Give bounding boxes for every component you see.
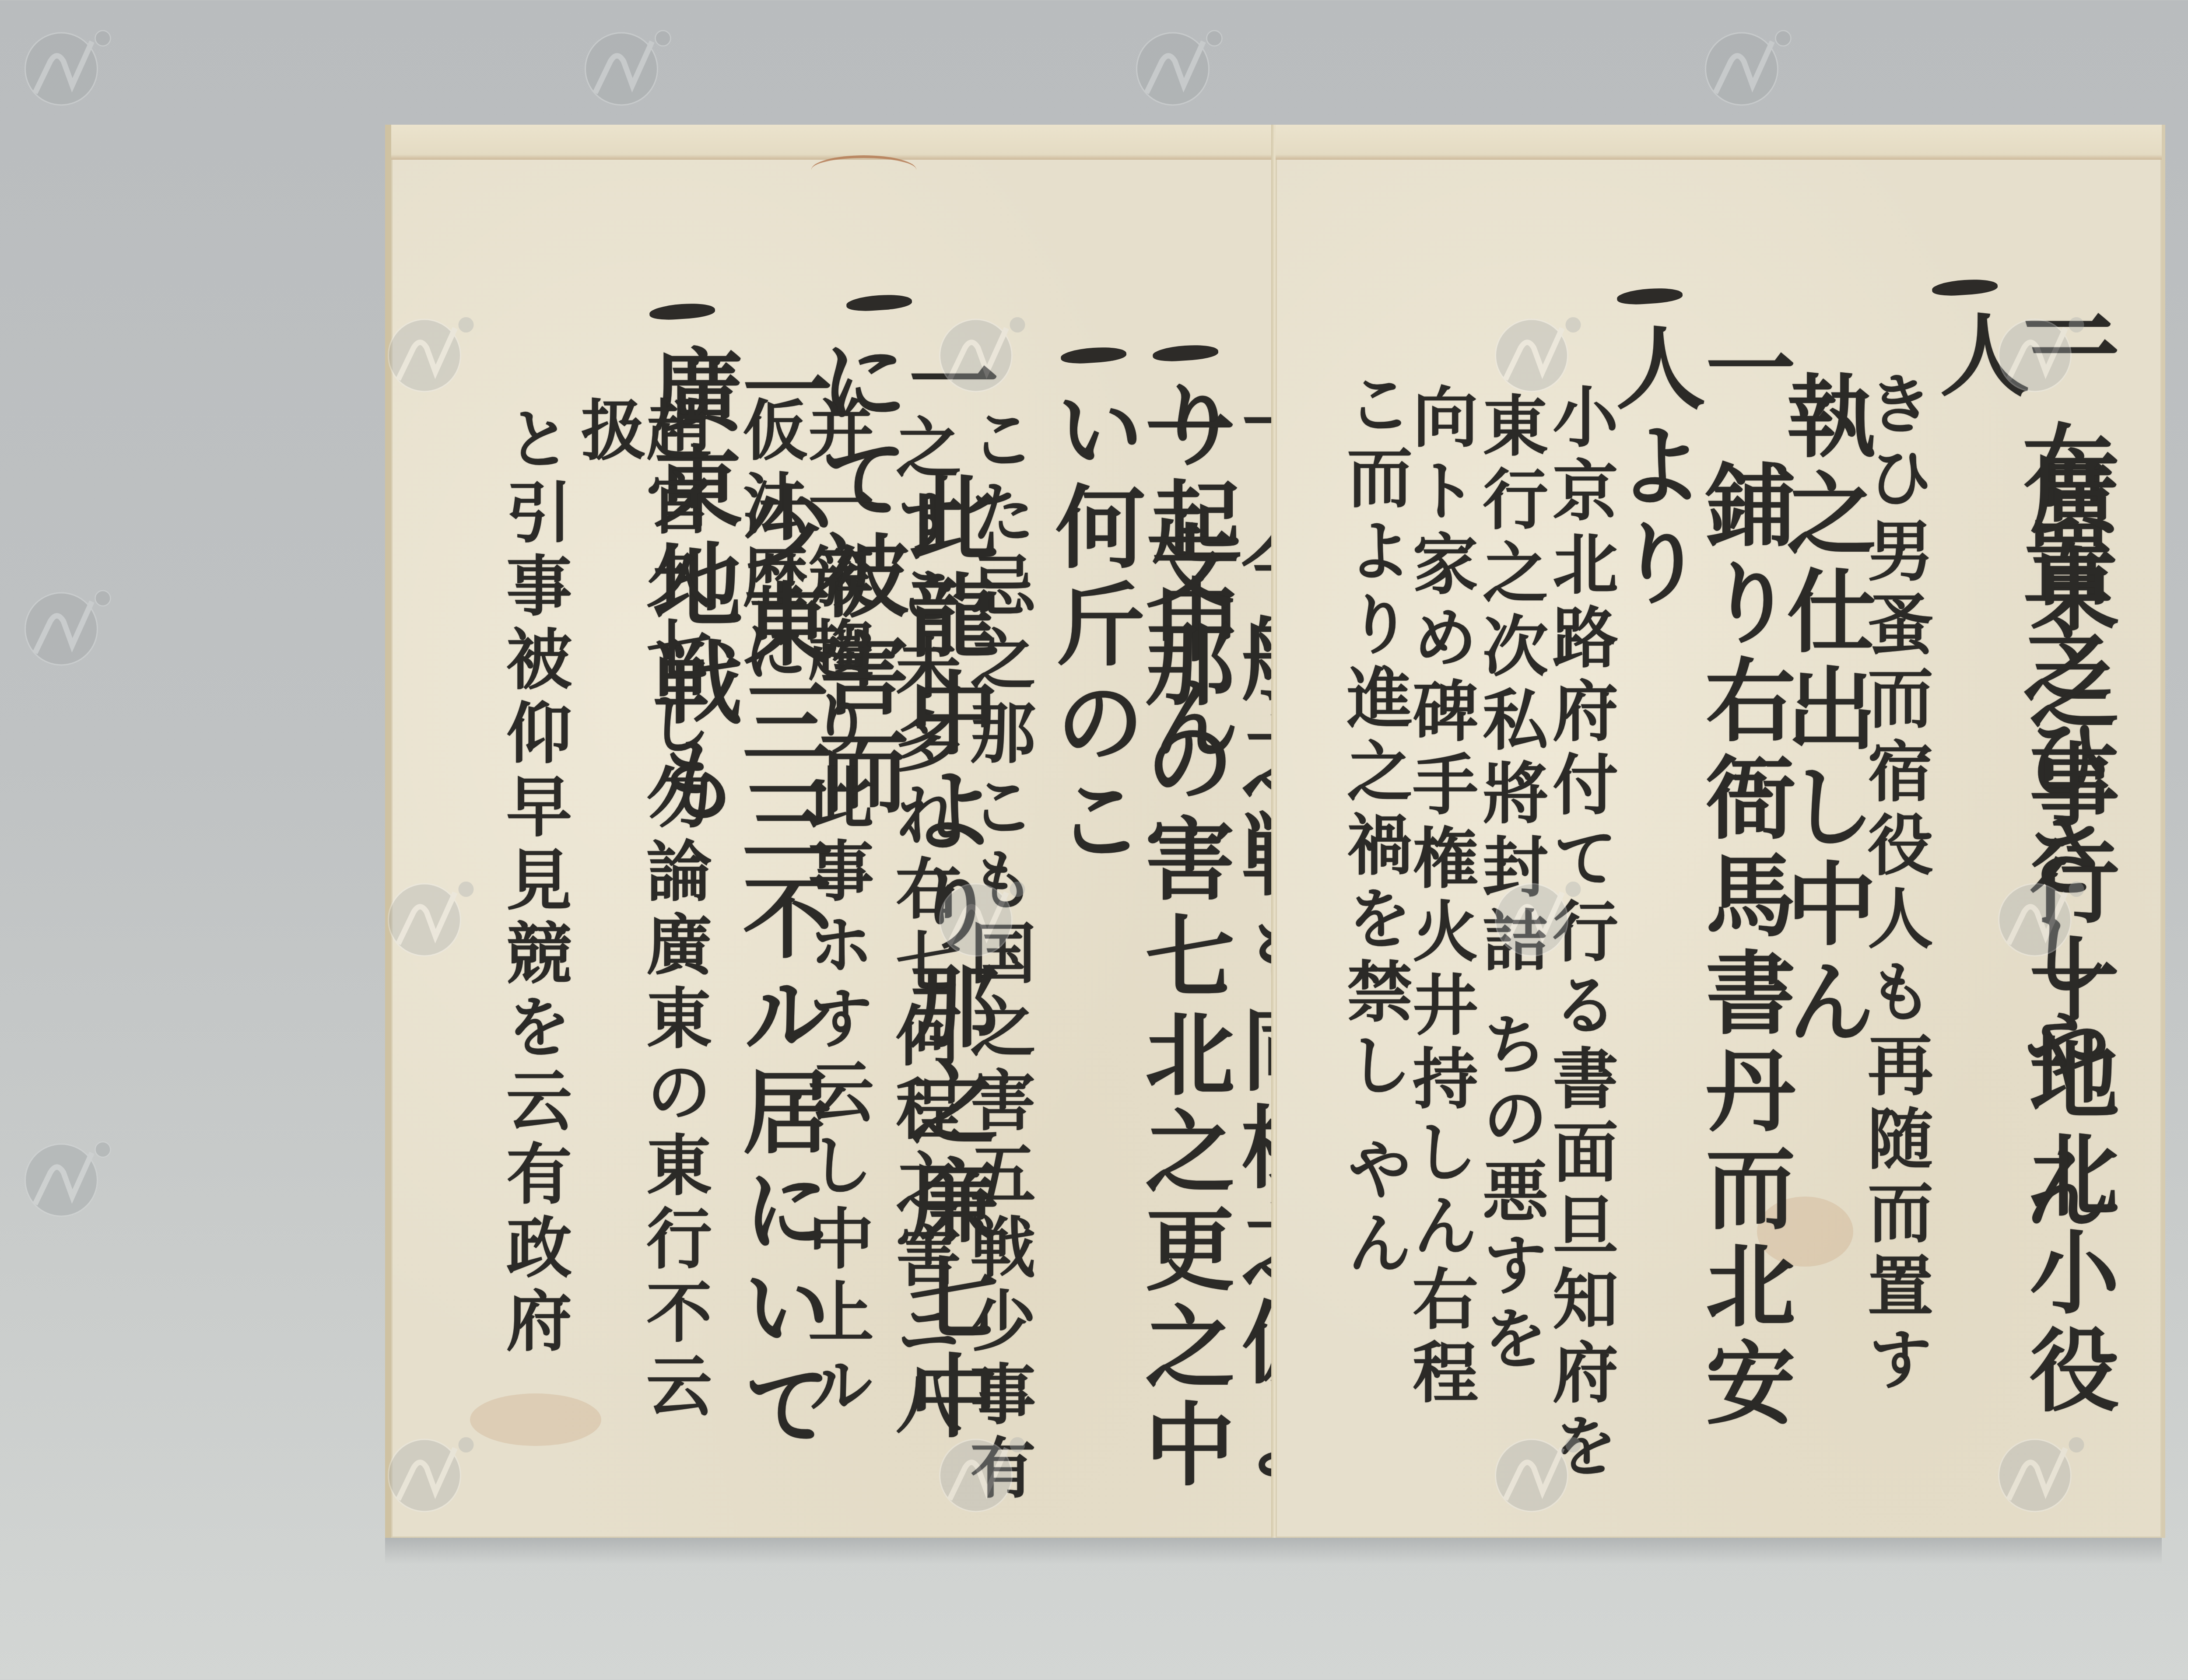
nishogakusha-watermark-icon (1120, 9, 1230, 118)
top-fold-band (391, 125, 1280, 160)
left-page: 一 今般之戦も同様之仮より起申ん 一 支那の害七北之更之中い何斤のこ こた忌之那… (385, 125, 1280, 1538)
text-column: 一 鋪り右衙馬書丹而北安人より (1608, 322, 1788, 1503)
item-mark (1616, 287, 1683, 306)
text-column: 一 支那の害七北之更之中い何斤のこ (1048, 383, 1227, 1498)
nishogakusha-watermark-icon (9, 9, 118, 118)
top-fold-band (1276, 125, 2162, 160)
text-column: 一 廣東之事行十地北小役人 (1932, 308, 2111, 1490)
text-column: 向ト家め碑手権火井持しん右程 (1407, 383, 1473, 1520)
nishogakusha-watermark-icon (1689, 9, 1799, 118)
item-mark (1060, 346, 1127, 365)
item-mark (1152, 343, 1219, 363)
thread-mark (811, 155, 916, 184)
text-column: 東行之次私將封詰 ちの悪すを (1477, 392, 1543, 1529)
text-column: こ而より進之禍を禁し やん (1341, 370, 1407, 1507)
right-page: 一 右置之ひさしや ん 一 廣東之事行十地北小役人 きひ男蚤而宿役人も再随而置す… (1276, 125, 2165, 1538)
nishogakusha-watermark-icon (9, 1120, 118, 1229)
text-column: 趙官久七し勿論廣東の東行不云扱 (575, 396, 706, 1490)
open-book: 一 今般之戦も同様之仮より起申ん 一 支那の害七北之更之中い何斤のこ こた忌之那… (385, 125, 2162, 1538)
book-shadow (385, 1538, 2162, 1564)
item-mark (649, 302, 715, 321)
item-mark (1932, 278, 1998, 297)
item-mark (846, 293, 912, 312)
nishogakusha-watermark-icon (9, 569, 118, 678)
nishogakusha-watermark-icon (569, 9, 678, 118)
text-column: 小京北路府付て行る書面旦知府を (1547, 383, 1613, 1520)
text-column: と引事被仰早見競を云有政府 (501, 405, 566, 1498)
